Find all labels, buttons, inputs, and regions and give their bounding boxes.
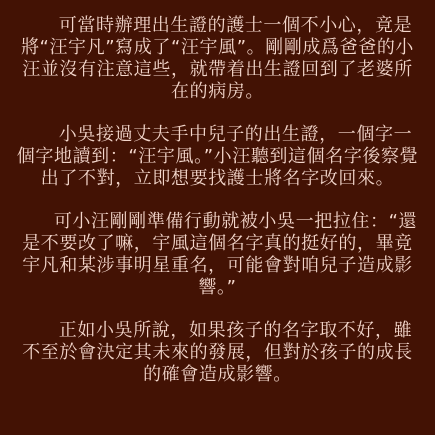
paragraph-2: 小吳接過丈夫手中兒子的出生證，一個字一個字地讀到：“汪宇風。”小汪聽到這個名字後…: [16, 124, 419, 190]
paragraph-text: 小吳接過丈夫手中兒子的出生證，一個字一個字地讀到：“汪宇風。”小汪聽到這個名字後…: [17, 124, 418, 189]
paragraph-text: 可當時辦理出生證的護士一個不小心，竟是將“汪宇凡”寫成了“汪宇風”。剛剛成爲爸爸…: [21, 15, 414, 102]
paragraph-1: 可當時辦理出生證的護士一個不小心，竟是將“汪宇凡”寫成了“汪宇風”。剛剛成爲爸爸…: [16, 15, 419, 103]
article-body: 可當時辦理出生證的護士一個不小心，竟是將“汪宇凡”寫成了“汪宇風”。剛剛成爲爸爸…: [0, 0, 435, 386]
paragraph-4: 正如小吳所說，如果孩子的名字取不好，雖不至於會決定其未來的發展，但對於孩子的成長…: [16, 320, 419, 386]
paragraph-text: 正如小吳所說，如果孩子的名字取不好，雖不至於會決定其未來的發展，但對於孩子的成長…: [22, 320, 413, 385]
paragraph-3: 可小汪剛剛準備行動就被小吳一把拉住：“還是不要改了嘛，宇風這個名字真的挺好的，畢…: [16, 211, 419, 299]
paragraph-text: 可小汪剛剛準備行動就被小吳一把拉住：“還是不要改了嘛，宇風這個名字真的挺好的，畢…: [22, 211, 417, 298]
